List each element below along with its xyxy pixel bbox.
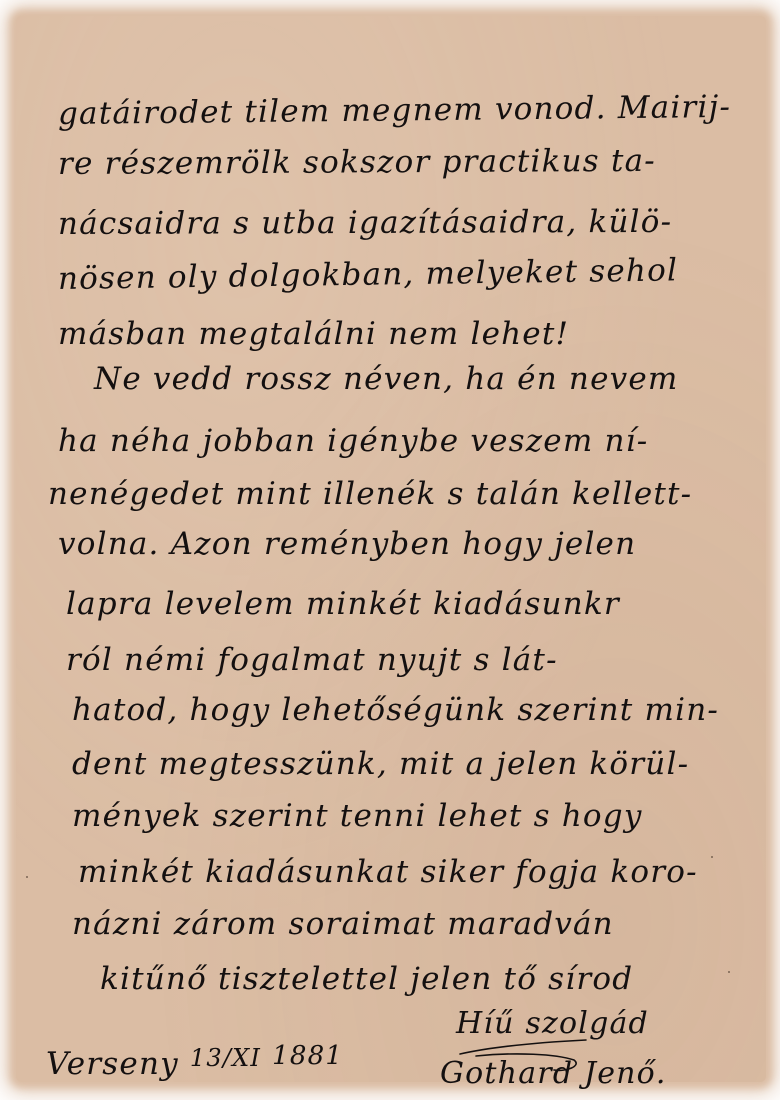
letter-line-7: ha néha jobban igénybe veszem ní-: [58, 423, 648, 459]
letter-line-11: ról némi fogalmat nyujt s lát-: [66, 642, 558, 678]
letter-line-14: mények szerint tenni lehet s hogy: [72, 798, 643, 834]
ink-speck: [26, 876, 28, 878]
ink-speck: [711, 856, 713, 858]
letter-line-2: re részemrölk sokszor practikus ta-: [58, 143, 656, 182]
signature-flourish: [456, 1036, 606, 1076]
place-name: Verseny: [46, 1046, 179, 1082]
letter-line-3: nácsaidra s utba igazításaidra, külö-: [58, 204, 672, 242]
letter-line-10: lapra levelem minkét kiadásunkr: [66, 586, 620, 622]
ink-speck: [728, 971, 730, 973]
letter-line-8: nenégedet mint illenék s talán kellett-: [48, 476, 692, 512]
letter-line-15: minkét kiadásunkat siker fogja koro-: [78, 854, 698, 890]
letter-line-6: Ne vedd rossz néven, ha én nevem: [94, 361, 679, 397]
letter-line-13: dent megtesszünk, mit a jelen körül-: [72, 746, 689, 782]
place-date: Verseny 13/XI 1881: [46, 1041, 343, 1082]
date-year: 1881: [272, 1041, 343, 1071]
letter-paper: gatáirodet tilem megnem vonod. Mairij- r…: [16, 16, 766, 1082]
date-day-month: 13/XI: [190, 1044, 261, 1072]
letter-line-5: másban megtalálni nem lehet!: [58, 316, 569, 352]
letter-line-9: volna. Azon reményben hogy jelen: [58, 526, 636, 562]
letter-line-17: kitűnő tisztelettel jelen tő sírod: [100, 961, 633, 997]
letter-line-12: hatod, hogy lehetőségünk szerint min-: [72, 692, 719, 728]
letter-line-16: názni zárom soraimat maradván: [72, 906, 614, 942]
letter-line-1: gatáirodet tilem megnem vonod. Mairij-: [58, 89, 731, 132]
